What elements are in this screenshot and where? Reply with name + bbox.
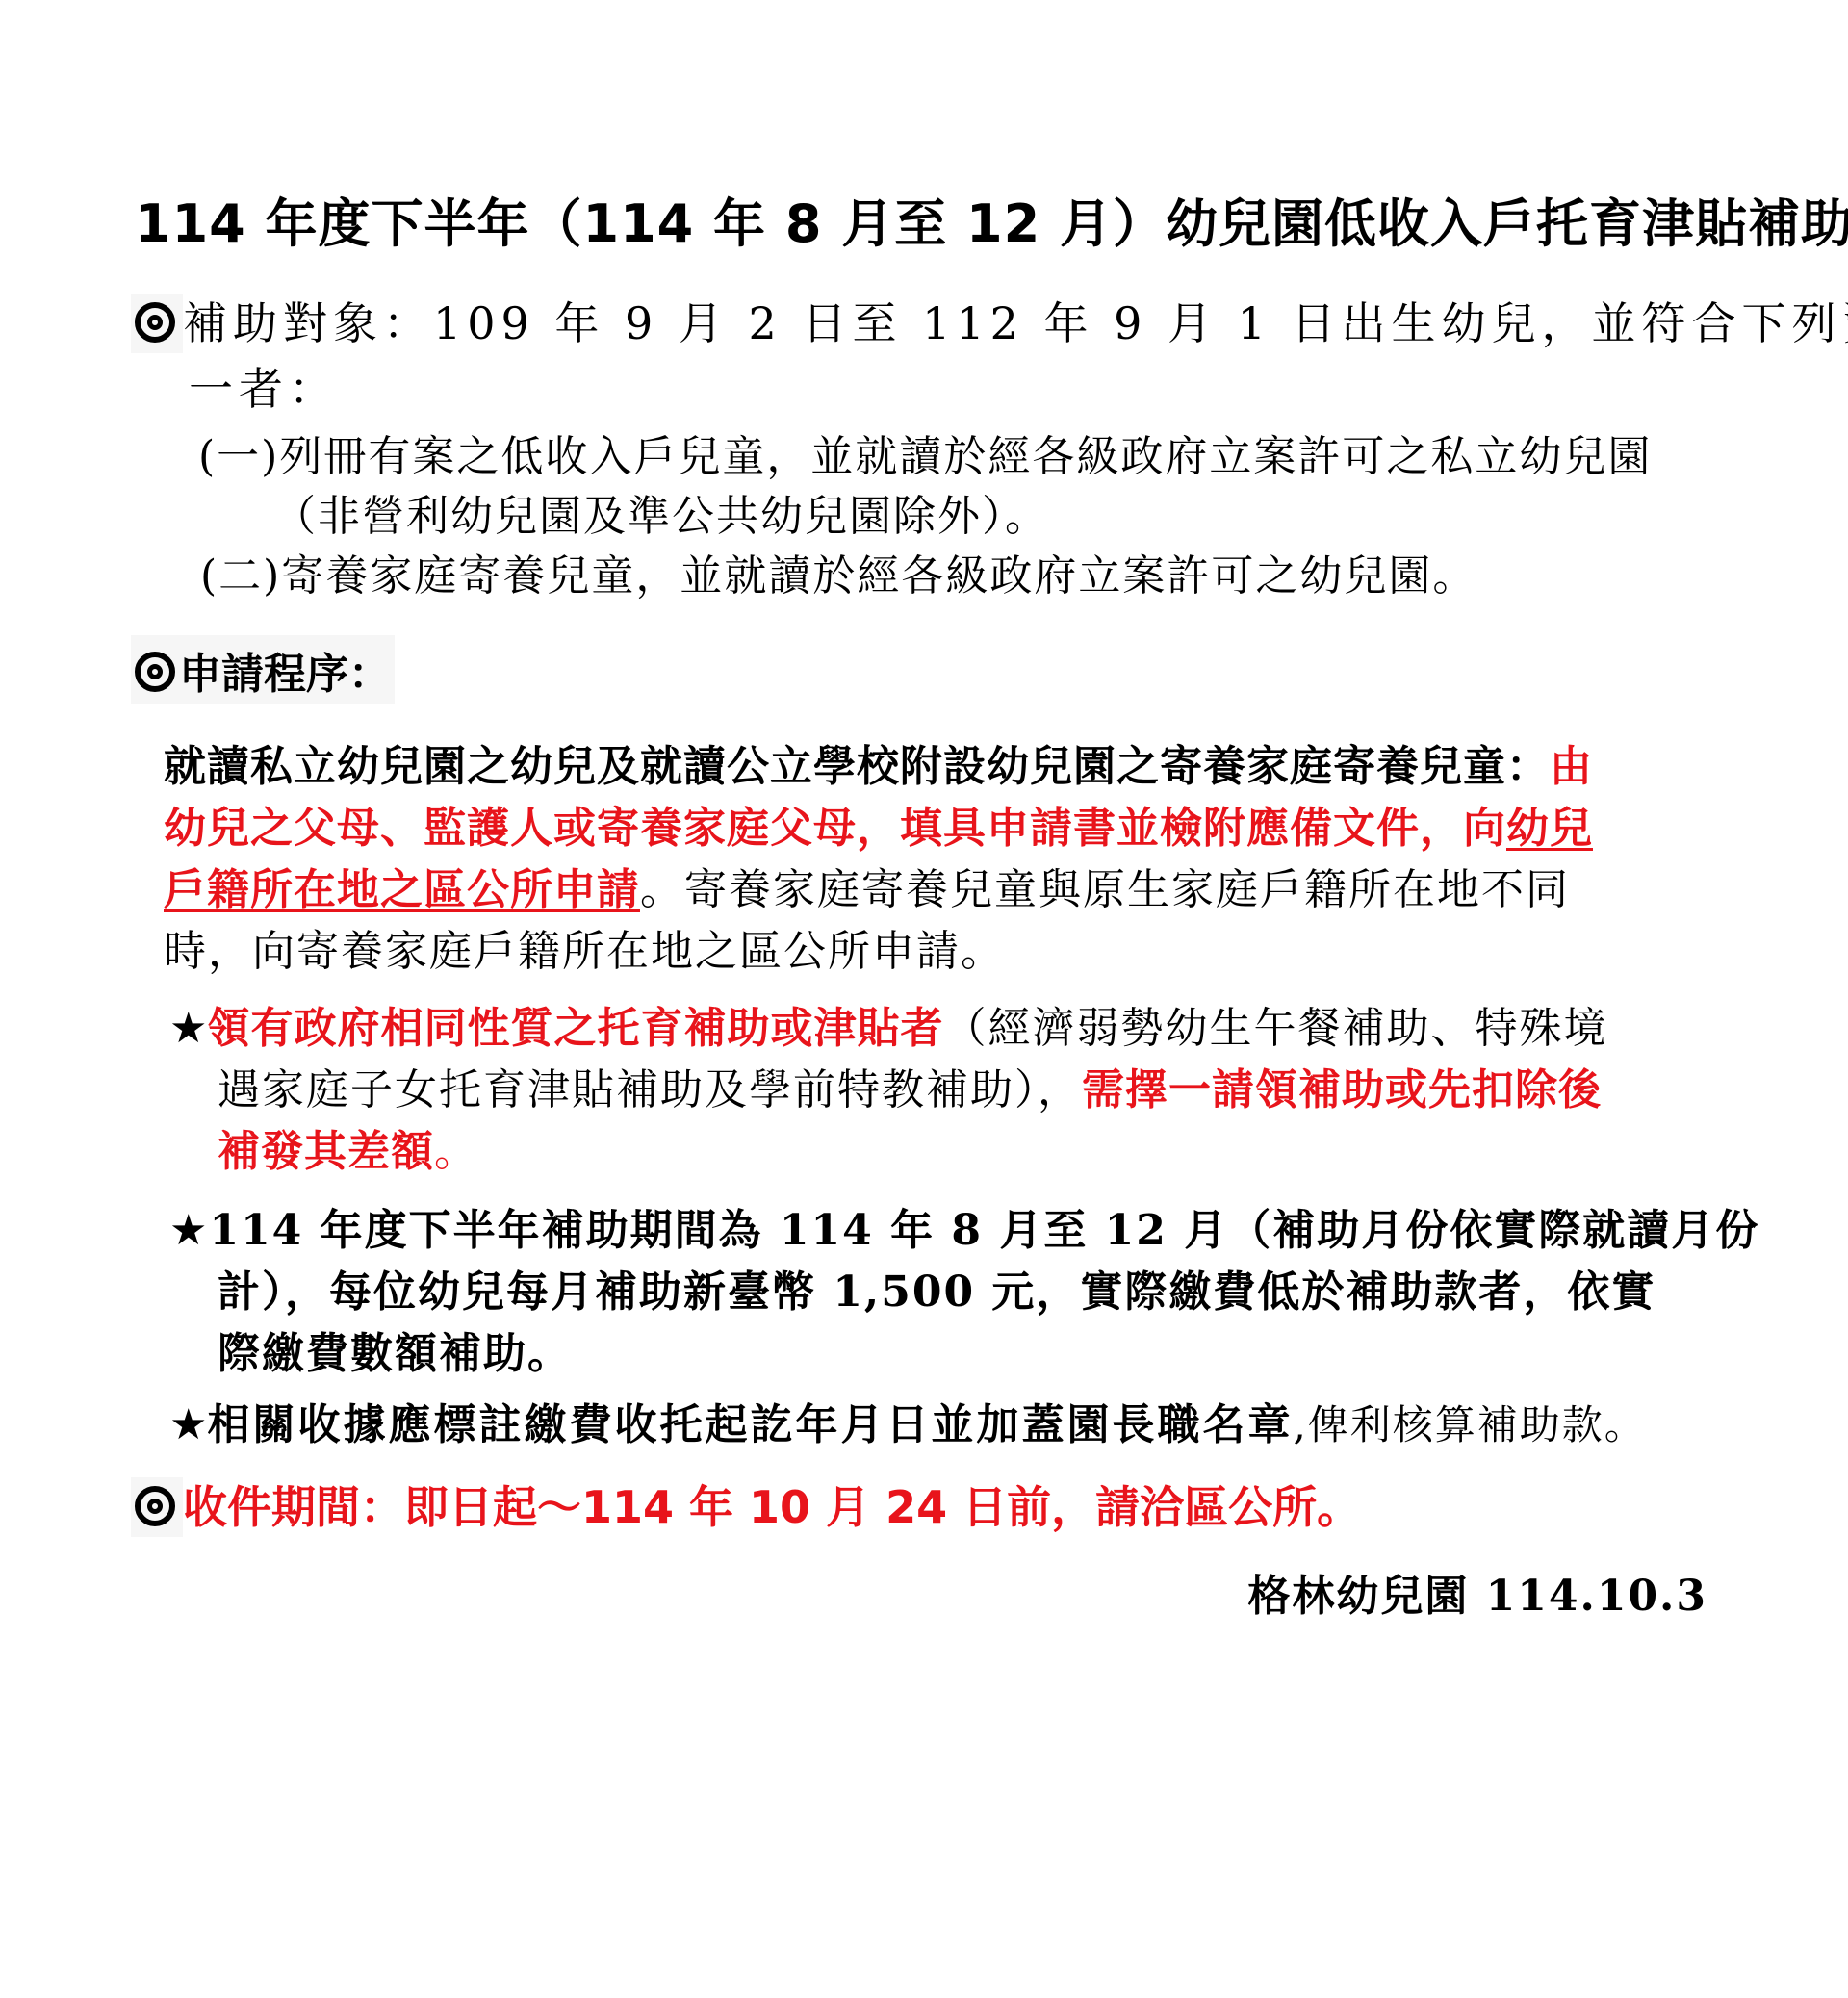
star-bullet-icon: ★ (169, 1004, 207, 1053)
signature: 格林幼兒園 114.10.3 (1247, 1561, 1707, 1623)
note-2-line-3: 際繳費數額補助。 (218, 1319, 572, 1380)
star-bullet-icon: ★ (169, 1400, 207, 1449)
note-1-line-2: 遇家庭子女托育津貼補助及學前特教補助），需擇一請領補助或先扣除後 (218, 1055, 1602, 1116)
note-2-line-2: 計），每位幼兒每月補助新臺幣 1,500 元，實際繳費低於補助款者，依實 (218, 1257, 1655, 1319)
eligibility-item-2: (二)寄養家庭寄養兒童，並就讀於經各級政府立案許可之幼兒園。 (200, 541, 1476, 602)
deadline-text: 收件期間：即日起～114 年 10 月 24 日前，請洽區公所。 (183, 1481, 1361, 1533)
eligibility-item-1-cont: （非營利幼兒園及準公共幼兒園除外）。 (273, 481, 1049, 543)
eligibility-line-1: 補助對象：109 年 9 月 2 日至 112 年 9 月 1 日出生幼兒，並符… (131, 289, 1848, 353)
eligibility-line-2: 一者： (189, 354, 339, 418)
procedure-para-line-1: 就讀私立幼兒園之幼兒及就讀公立學校附設幼兒園之寄養家庭寄養兒童：由 (164, 731, 1593, 793)
deadline-line: 收件期間：即日起～114 年 10 月 24 日前，請洽區公所。 (131, 1473, 1361, 1537)
eligibility-label: 補助對象： (183, 297, 433, 349)
double-circle-bullet-icon (135, 1486, 175, 1526)
document-title: 114 年度下半年（114 年 8 月至 12 月）幼兒園低收入戶托育津貼補助 (135, 183, 1848, 257)
star-bullet-icon: ★ (169, 1206, 209, 1255)
note-1-line-1: ★領有政府相同性質之托育補助或津貼者（經濟弱勢幼生午餐補助、特殊境 (169, 993, 1607, 1055)
eligibility-text: 109 年 9 月 2 日至 112 年 9 月 1 日出生幼兒，並符合下列資格… (433, 297, 1848, 349)
procedure-para-line-4: 時，向寄養家庭戶籍所在地之區公所申請。 (164, 916, 1005, 978)
procedure-para-line-3: 戶籍所在地之區公所申請。寄養家庭寄養兒童與原生家庭戶籍所在地不同 (164, 855, 1570, 916)
item-marker: (二) (200, 551, 281, 601)
item-marker: (一) (198, 432, 279, 481)
note-3: ★相關收據應標註繳費收托起訖年月日並加蓋園長職名章,俾利核算補助款。 (169, 1390, 1647, 1451)
double-circle-bullet-icon (135, 652, 175, 692)
eligibility-item-1: (一)列冊有案之低收入戶兒童，並就讀於經各級政府立案許可之私立幼兒園 (198, 422, 1652, 483)
note-1-line-3: 補發其差額。 (218, 1116, 478, 1178)
procedure-heading: 申請程序： (131, 635, 395, 704)
note-2-line-1: ★114 年度下半年補助期間為 114 年 8 月至 12 月（補助月份依實際就… (169, 1195, 1759, 1257)
double-circle-bullet-icon (135, 302, 175, 343)
procedure-para-line-2: 幼兒之父母、監護人或寄養家庭父母，填具申請書並檢附應備文件，向幼兒 (164, 793, 1593, 855)
